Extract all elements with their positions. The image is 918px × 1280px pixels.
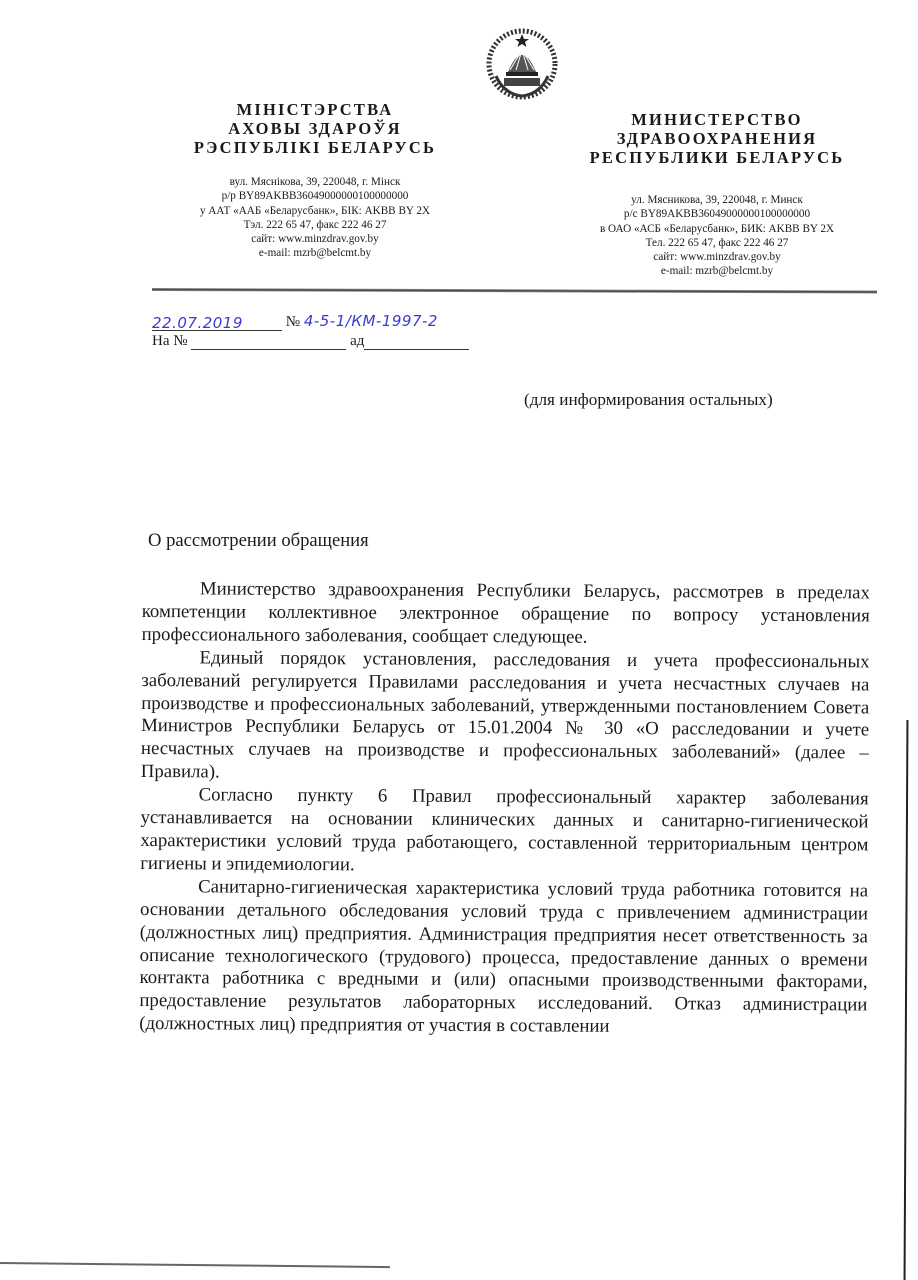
- header-russian: МИНИСТЕРСТВО ЗДРАВООХРАНЕНИЯ РЕСПУБЛИКИ …: [552, 110, 882, 279]
- org-address-be: вул. Мяснікова, 39, 220048, г. Мінск р/р…: [150, 175, 480, 261]
- reply-to-label: На №: [152, 333, 188, 349]
- header-divider: [152, 288, 877, 294]
- org-name-ru: МИНИСТЕРСТВО ЗДРАВООХРАНЕНИЯ РЕСПУБЛИКИ …: [552, 110, 882, 167]
- reply-to-number-blank: [191, 333, 346, 350]
- paragraph: Санитарно-гигиеническая характеристика у…: [139, 876, 868, 1041]
- paragraph: Министерство здравоохранения Республики …: [142, 578, 870, 651]
- letter-page: МІНІСТЭРСТВА АХОВЫ ЗДАРОЎЯ РЭСПУБЛІКІ БЕ…: [0, 0, 918, 1280]
- paragraph: Согласно пункту 6 Правил профессиональны…: [140, 784, 869, 880]
- handwritten-number: 4-5-1/КМ-1997-2: [304, 312, 438, 330]
- header-belarusian: МІНІСТЭРСТВА АХОВЫ ЗДАРОЎЯ РЭСПУБЛІКІ БЕ…: [150, 100, 480, 261]
- scan-edge: [904, 720, 909, 1280]
- coat-of-arms-icon: [486, 28, 558, 100]
- incoming-reference: На № ад: [152, 333, 469, 350]
- from-label: ад: [350, 333, 364, 349]
- number-label: №: [286, 314, 300, 330]
- letter-subject: О рассмотрении обращения: [148, 530, 369, 552]
- reply-to-date-blank: [364, 333, 469, 350]
- scan-edge-bottom: [0, 1262, 390, 1268]
- org-address-ru: ул. Мясникова, 39, 220048, г. Минск р/с …: [552, 193, 882, 279]
- letter-body: Министерство здравоохранения Республики …: [139, 578, 870, 1041]
- handwritten-date: 22.07.2019: [152, 314, 243, 332]
- paragraph: Единый порядок установления, расследован…: [141, 647, 870, 789]
- addressee: (для информирования остальных): [524, 390, 773, 410]
- org-name-be: МІНІСТЭРСТВА АХОВЫ ЗДАРОЎЯ РЭСПУБЛІКІ БЕ…: [150, 100, 480, 157]
- outgoing-reference: 22.07.2019 № 4-5-1/КМ-1997-2: [152, 312, 438, 331]
